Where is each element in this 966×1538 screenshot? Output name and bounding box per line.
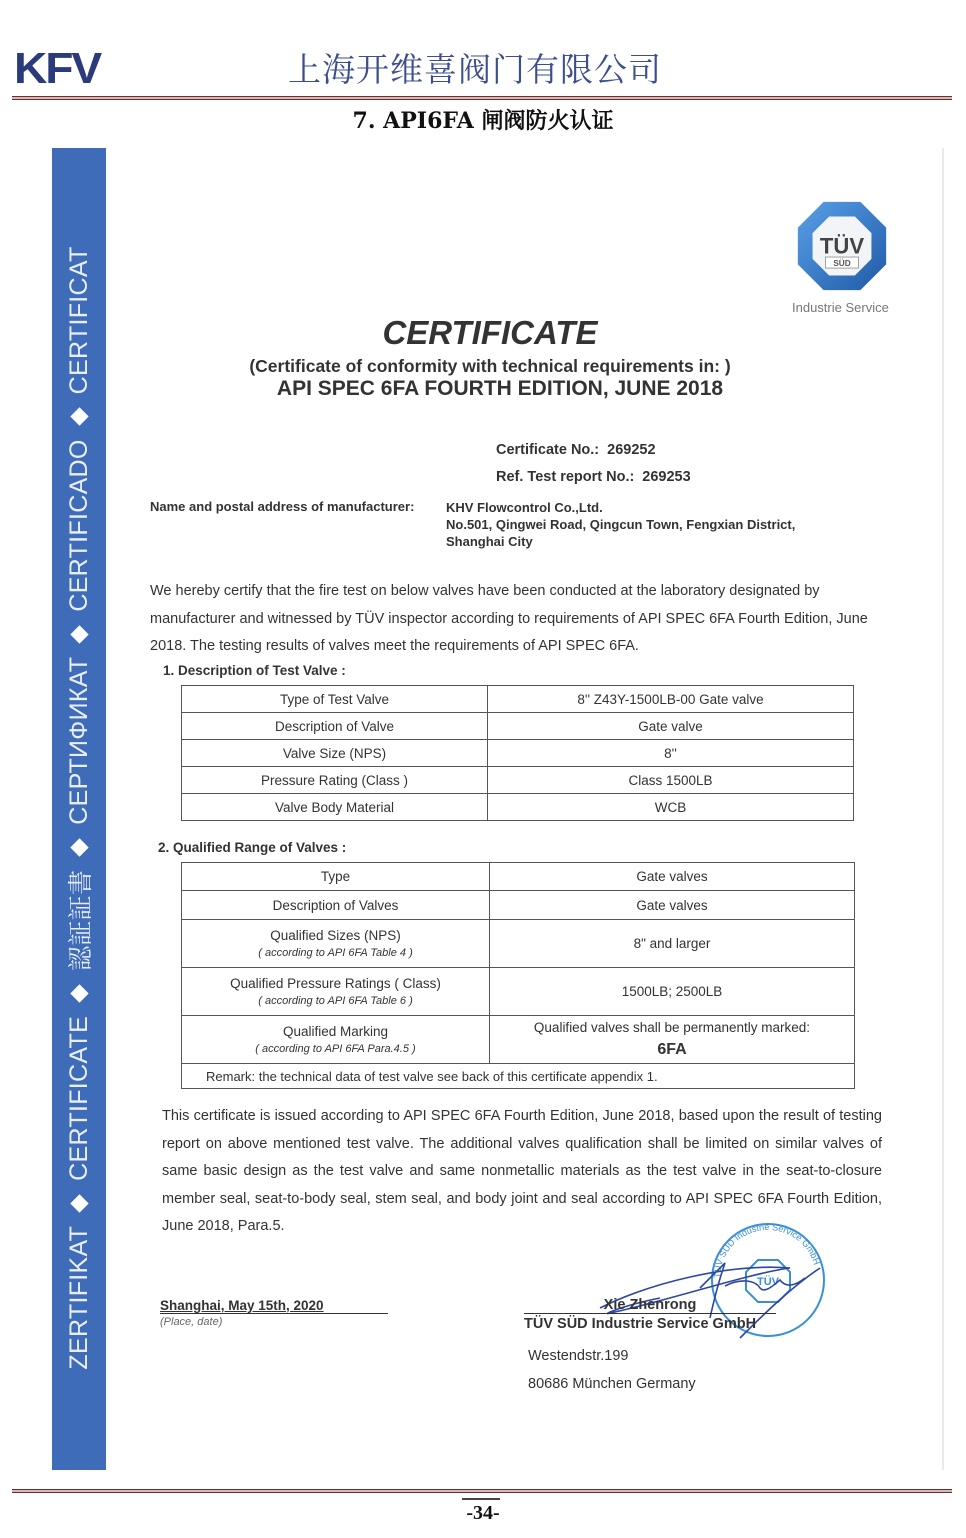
side-band-item: CERTIFICATE	[65, 1016, 94, 1181]
certificate-number-label: Certificate No.:	[496, 442, 599, 458]
row-value: WCB	[488, 794, 854, 821]
certificate-title: CERTIFICATE	[50, 314, 930, 352]
row-label: Qualified Sizes (NPS)	[270, 928, 401, 943]
footer-rule	[12, 1489, 952, 1493]
svg-text:SÜD: SÜD	[833, 258, 850, 268]
svg-text:TÜV: TÜV	[820, 233, 864, 258]
remark-row: Remark: the technical data of test valve…	[182, 1064, 855, 1089]
row-label: Type	[182, 863, 490, 891]
row-label-cell: Qualified Pressure Ratings ( Class)( acc…	[182, 968, 490, 1016]
tuv-caption: Industrie Service	[792, 300, 889, 315]
signer-organization: TÜV SÜD Industrie Service GmbH	[524, 1316, 756, 1332]
row-note: ( according to API 6FA Table 4 )	[186, 947, 485, 959]
report-number: Ref. Test report No.:269253	[496, 469, 691, 485]
row-value: 8'' Z43Y-1500LB-00 Gate valve	[488, 686, 854, 713]
company-name: 上海开维喜阀门有限公司	[288, 44, 662, 91]
table-row: Valve Body MaterialWCB	[182, 794, 854, 821]
row-value: Gate valves	[490, 863, 855, 891]
table-row: Qualified Sizes (NPS)( according to API …	[182, 920, 855, 968]
remark: Remark: the technical data of test valve…	[182, 1064, 855, 1089]
header-rule	[12, 96, 952, 100]
row-note: ( according to API 6FA Para.4.5 )	[186, 1043, 485, 1055]
table-row: Type of Test Valve8'' Z43Y-1500LB-00 Gat…	[182, 686, 854, 713]
test-valve-table: Type of Test Valve8'' Z43Y-1500LB-00 Gat…	[181, 685, 854, 821]
row-label: Valve Size (NPS)	[182, 740, 488, 767]
certificate-frame: ZERTIFIKAT CERTIFICATE 認証証書 СЕРТИФИКАТ C…	[50, 148, 944, 1470]
certificate-standard: API SPEC 6FA FOURTH EDITION, JUNE 2018	[50, 377, 950, 401]
qualified-range-table: TypeGate valves Description of ValvesGat…	[181, 862, 855, 1089]
address-line: Westendstr.199	[528, 1348, 629, 1364]
marking-value: 6FA	[494, 1041, 850, 1059]
table-row: Description of ValvesGate valves	[182, 891, 855, 920]
row-value: 8" and larger	[490, 920, 855, 968]
table-row: Pressure Rating (Class )Class 1500LB	[182, 767, 854, 794]
row-value: 1500LB; 2500LB	[490, 968, 855, 1016]
manufacturer-line: KHV Flowcontrol Co.,Ltd.	[446, 499, 795, 516]
side-band-item: СЕРТИФИКАТ	[65, 657, 94, 825]
row-value: Qualified valves shall be permanently ma…	[534, 1020, 810, 1035]
diamond-icon	[70, 838, 88, 856]
place-date-caption: (Place, date)	[160, 1316, 222, 1328]
row-label-cell: Qualified Marking( according to API 6FA …	[182, 1016, 490, 1064]
manufacturer-address: KHV Flowcontrol Co.,Ltd. No.501, Qingwei…	[446, 499, 795, 550]
side-band-item: ZERTIFIKAT	[65, 1226, 94, 1370]
header-logo: KFV	[14, 44, 100, 94]
manufacturer-line: Shanghai City	[446, 533, 795, 550]
diamond-icon	[70, 625, 88, 643]
section2-heading: 2. Qualified Range of Valves :	[158, 840, 346, 855]
table-row: Qualified Marking( according to API 6FA …	[182, 1016, 855, 1064]
section1-heading: 1. Description of Test Valve :	[163, 663, 346, 678]
row-note: ( according to API 6FA Table 6 )	[186, 995, 485, 1007]
table-row: Qualified Pressure Ratings ( Class)( acc…	[182, 968, 855, 1016]
row-label: Description of Valve	[182, 713, 488, 740]
table-row: TypeGate valves	[182, 863, 855, 891]
diamond-icon	[70, 408, 88, 426]
side-band-item: CERTIFICADO	[65, 439, 94, 611]
row-value: Gate valves	[490, 891, 855, 920]
row-label: Valve Body Material	[182, 794, 488, 821]
diamond-icon	[70, 1194, 88, 1212]
row-label: Qualified Pressure Ratings ( Class)	[230, 976, 441, 991]
row-value-cell: Qualified valves shall be permanently ma…	[490, 1016, 855, 1064]
address-line: 80686 München Germany	[528, 1376, 696, 1392]
manufacturer-label: Name and postal address of manufacturer:	[150, 499, 414, 514]
certificate-number: Certificate No.:269252	[496, 442, 656, 458]
row-value: Gate valve	[488, 713, 854, 740]
row-label-cell: Qualified Sizes (NPS)( according to API …	[182, 920, 490, 968]
row-label: Description of Valves	[182, 891, 490, 920]
diamond-icon	[70, 984, 88, 1002]
page-number: -34-	[0, 1502, 966, 1525]
report-number-label: Ref. Test report No.:	[496, 469, 634, 485]
certificate-right-edge	[942, 148, 944, 1470]
table-row: Valve Size (NPS)8''	[182, 740, 854, 767]
certificate-subtitle: (Certificate of conformity with technica…	[50, 356, 930, 377]
page-number-bar	[462, 1498, 500, 1500]
table-row: Description of ValveGate valve	[182, 713, 854, 740]
row-label: Type of Test Valve	[182, 686, 488, 713]
row-value: 8''	[488, 740, 854, 767]
tuv-logo-icon: TÜV SÜD	[796, 200, 888, 292]
report-number-value: 269253	[642, 469, 690, 485]
row-label: Qualified Marking	[283, 1024, 388, 1039]
section-title: 7. API6FA 闸阀防火认证	[0, 104, 966, 135]
signer-name: Xie Zhenrong	[524, 1297, 776, 1314]
row-value: Class 1500LB	[488, 767, 854, 794]
place-date: Shanghai, May 15th, 2020	[160, 1298, 388, 1314]
side-band-item: 認証証書	[61, 870, 97, 971]
certificate-number-value: 269252	[607, 442, 655, 458]
manufacturer-line: No.501, Qingwei Road, Qingcun Town, Feng…	[446, 516, 795, 533]
intro-paragraph: We hereby certify that the fire test on …	[150, 578, 880, 661]
row-label: Pressure Rating (Class )	[182, 767, 488, 794]
